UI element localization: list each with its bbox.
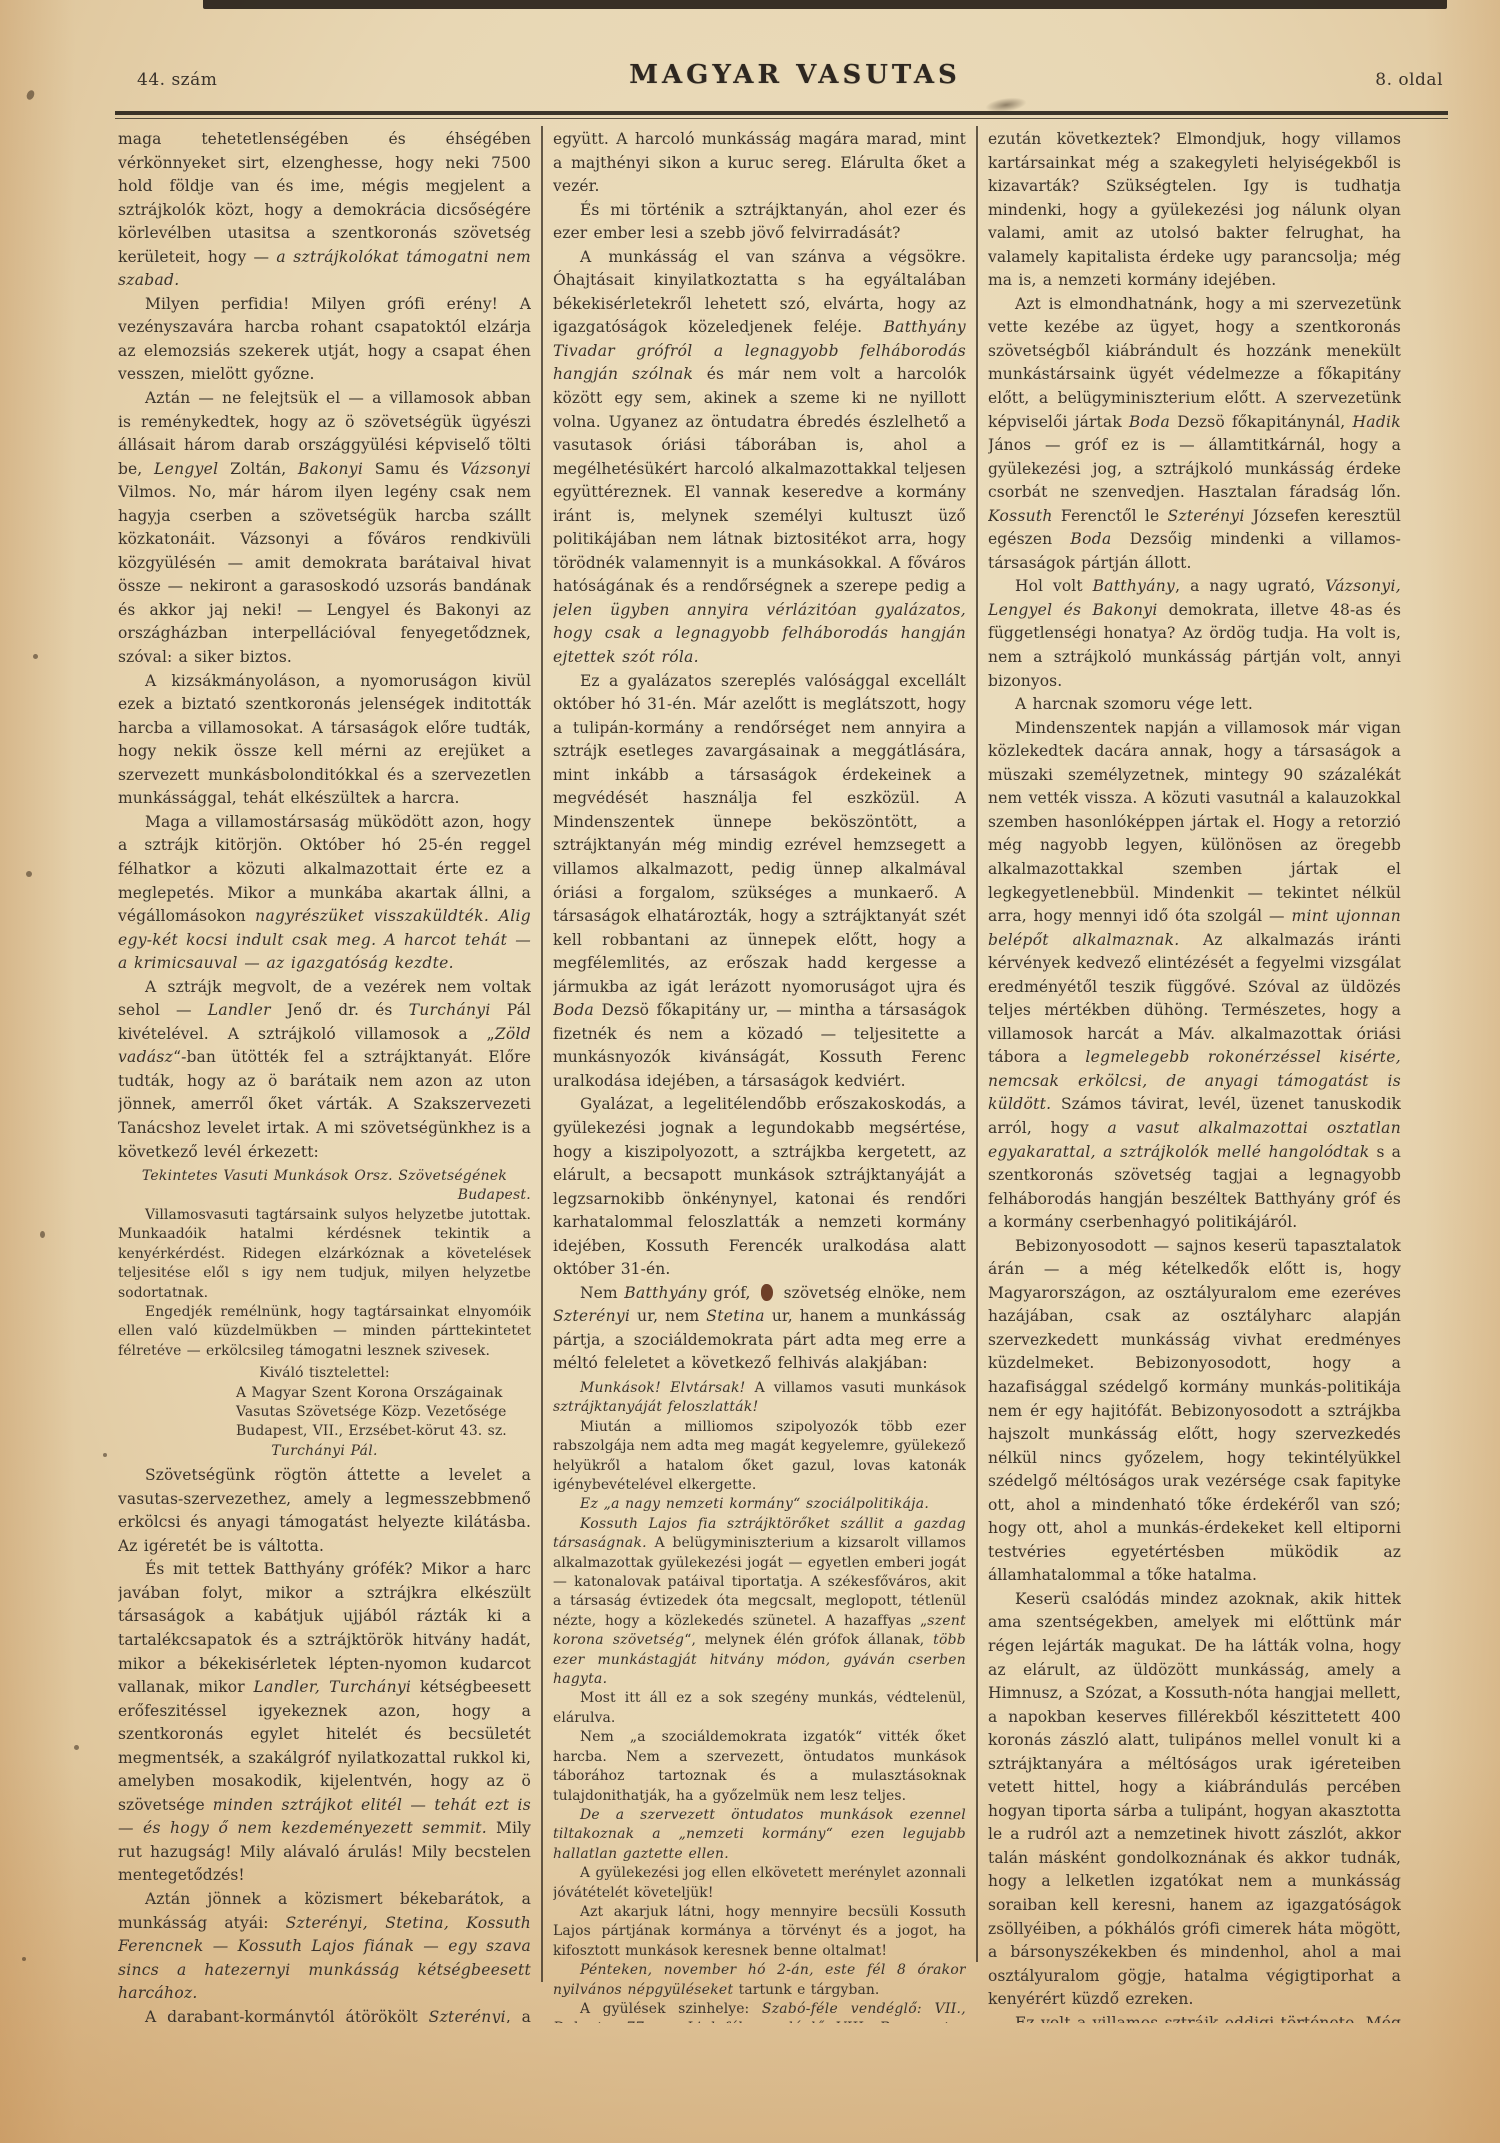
text: A harcnak szomoru vége lett. — [1015, 695, 1253, 713]
italic-text: Hadik — [1352, 413, 1401, 431]
newspaper-page: 44. szám MAGYAR VASUTAS 8. oldal maga te… — [0, 0, 1500, 2143]
newspaper-title: MAGYAR VASUTAS — [629, 60, 961, 90]
text: Zoltán, — [218, 460, 298, 478]
dust-speck — [25, 89, 36, 101]
paragraph: Mindenszentek napján a villamosok már vi… — [988, 717, 1401, 1235]
paragraph: Engedjék remélnünk, hogy tagtársainkat e… — [118, 1303, 531, 1361]
text: kétségbeesett erőfeszitéssel igyekeznek … — [118, 1678, 531, 1814]
text: Engedjék remélnünk, hogy tagtársainkat e… — [118, 1304, 531, 1359]
text: Villamosvasuti tagtársaink sulyos helyze… — [118, 1207, 531, 1301]
proclamation-paragraph: Munkások! Elvtársak! A villamos vasuti m… — [553, 1379, 966, 1418]
text: A gyülekezési jog ellen elkövetett merén… — [553, 1865, 966, 1900]
letter-sender: A Magyar Szent Korona Országainak — [118, 1384, 531, 1403]
text: János — gróf ez is — államtitkárnál, hog… — [988, 436, 1401, 501]
italic-text: Batthyány — [1093, 577, 1176, 595]
text: A Magyar Szent Korona Országainak — [236, 1385, 503, 1401]
paragraph: A darabant-kormánytól átörökölt Szterény… — [118, 2006, 531, 2023]
text: ezután következtek? Elmondjuk, hogy vill… — [988, 130, 1401, 289]
text: Szövetségünk rögtön áttette a levelet a … — [118, 1466, 531, 1555]
paragraph: Ez volt a villamos sztrájk eddigi történ… — [988, 2012, 1401, 2023]
italic-text: Ez „a nagy nemzeti kormány“ szociálpolit… — [580, 1496, 929, 1512]
letter-addressee: Tekintetes Vasuti Munkások Orsz. Szövets… — [118, 1167, 531, 1186]
proclamation-paragraph: Kossuth Lajos fia sztrájktörőket szállit… — [553, 1515, 966, 1690]
text: Miután a milliomos szipolyozók több ezer… — [553, 1419, 966, 1493]
text: szövetség elnöke, nem — [777, 1284, 966, 1302]
italic-text: Bakonyi — [298, 460, 363, 478]
dust-speck — [26, 871, 32, 877]
italic-text: Lengyel — [154, 460, 218, 478]
paragraph: ezután következtek? Elmondjuk, hogy vill… — [988, 128, 1401, 293]
letter-sender: Vasutas Szövetsége Közp. Vezetősége — [118, 1403, 531, 1422]
paragraph: Aztán — ne felejtsük el — a villamosok a… — [118, 387, 531, 670]
header-rule-thin — [115, 118, 1448, 119]
paragraph: Milyen perfidia! Milyen grófi erény! A v… — [118, 293, 531, 387]
text: tartunk e tárgyban. — [733, 1982, 879, 1998]
paragraph: Nem Batthyány gróf, szövetség elnöke, ne… — [553, 1282, 966, 1376]
text: és már nem volt a harcolók között egy se… — [553, 365, 966, 595]
paragraph: Kiváló tisztelettel: — [118, 1364, 531, 1383]
text: Ez volt a villamos sztrájk eddigi történ… — [988, 2014, 1401, 2023]
paragraph: A kizsákmányoláson, a nyomoruságon kivül… — [118, 670, 531, 811]
italic-text: Boda — [553, 1001, 594, 1019]
header-rule — [115, 111, 1448, 115]
text: gróf, — [707, 1284, 757, 1302]
text: Vilmos. No, már három ilyen legény csak … — [118, 483, 531, 666]
paragraph: Azt is elmondhatnánk, hogy a mi szerveze… — [988, 293, 1401, 576]
text: Azt akarjuk látni, hogy mennyire becsüli… — [553, 1904, 966, 1959]
scan-artifact-top-bar — [203, 0, 1447, 9]
proclamation-paragraph: Pénteken, november hó 2-án, este fél 8 ó… — [553, 1961, 966, 2000]
text: Kiváló tisztelettel: — [259, 1365, 389, 1381]
text: Bebizonyosodott — sajnos keserü tapaszta… — [988, 1237, 1401, 1585]
paragraph: Gyalázat, a legelitélendőbb erőszakoskod… — [553, 1093, 966, 1281]
letter-sender: Budapest, VII., Erzsébet-körut 43. sz. — [118, 1422, 531, 1441]
italic-text: Turchányi Pál. — [271, 1443, 377, 1459]
proclamation-paragraph: Miután a milliomos szipolyozók több ezer… — [553, 1418, 966, 1496]
paragraph: Keserü csalódás mindez azoknak, akik hit… — [988, 1588, 1401, 2012]
italic-text: Turchányi — [409, 1001, 491, 1019]
text: Mindenszentek napján a villamosok már vi… — [988, 719, 1401, 925]
text: Budapest, VII., Erzsébet-körut 43. sz. — [236, 1423, 507, 1439]
text: Milyen perfidia! Milyen grófi erény! A v… — [118, 295, 531, 384]
dust-speck — [74, 1745, 79, 1750]
paragraph: maga tehetetlenségében és éhségében vérk… — [118, 128, 531, 293]
proclamation-paragraph: A gyülések szinhelye: Szabó-féle vendégl… — [553, 2000, 966, 2023]
text: Most itt áll ez a sok szegény munkás, vé… — [553, 1690, 966, 1725]
italic-text: Boda — [1129, 413, 1170, 431]
dust-speck — [22, 1957, 26, 1961]
text: Az alkalmazás iránti kérvények kedvező e… — [988, 931, 1401, 1067]
letter-signature: Turchányi Pál. — [118, 1442, 531, 1461]
paragraph: A sztrájk megvolt, de a vezérek nem volt… — [118, 976, 531, 1164]
text: És mi történik a sztrájktanyán, ahol eze… — [553, 201, 966, 243]
text: Jenő dr. és — [271, 1001, 409, 1019]
text: Dezsö főkapitány ur, — mintha a társaság… — [553, 1001, 966, 1090]
italic-text: jelen ügyben annyira vérlázitóan gyaláza… — [553, 601, 966, 666]
text: , a nagy ugrató, — [1175, 577, 1325, 595]
text: “-ban ütötték fel a sztrájktanyát. Előre… — [118, 1048, 531, 1160]
paragraph: És mi történik a sztrájktanyán, ahol eze… — [553, 199, 966, 246]
proclamation-paragraph: Nem „a szociáldemokrata izgatók“ vitték … — [553, 1728, 966, 1806]
column-1: maga tehetetlenségében és éhségében vérk… — [118, 128, 531, 2023]
text: Vasutas Szövetsége Közp. Vezetősége — [236, 1404, 506, 1420]
proclamation-paragraph: De a szervezett öntudatos munkások ezenn… — [553, 1806, 966, 1864]
dust-speck — [103, 1453, 107, 1457]
paragraph: Aztán jönnek a közismert békebarátok, a … — [118, 1888, 531, 2006]
text: együtt. A harcoló munkásság magára marad… — [553, 130, 966, 195]
text: Dezsö főkapitánynál, — [1170, 413, 1352, 431]
proclamation-paragraph: A gyülekezési jog ellen elkövetett merén… — [553, 1864, 966, 1903]
text: Nem — [580, 1284, 624, 1302]
text: Ez a gyalázatos szereplés valósággal exc… — [553, 672, 966, 996]
paragraph: Villamosvasuti tagtársaink sulyos helyze… — [118, 1206, 531, 1303]
dust-speck — [33, 654, 38, 659]
italic-text: De a szervezett öntudatos munkások ezenn… — [553, 1807, 966, 1862]
page-number: 8. oldal — [1375, 70, 1443, 90]
issue-number: 44. szám — [137, 70, 217, 90]
italic-text: Szterényi — [553, 1307, 630, 1325]
paragraph: A harcnak szomoru vége lett. — [988, 693, 1401, 717]
paragraph: Ez a gyalázatos szereplés valósággal exc… — [553, 670, 966, 1094]
italic-text: Boda — [1070, 530, 1111, 548]
italic-text: Stetina — [706, 1307, 765, 1325]
paragraph: együtt. A harcoló munkásság magára marad… — [553, 128, 966, 199]
text: A darabant-kormánytól átörökölt — [145, 2008, 429, 2023]
italic-text: Szterényi — [429, 2008, 506, 2023]
ink-blot-artifact — [761, 1284, 773, 1301]
proclamation-paragraph: Ez „a nagy nemzeti kormány“ szociálpolit… — [553, 1495, 966, 1514]
column-3: ezután következtek? Elmondjuk, hogy vill… — [988, 128, 1401, 2023]
proclamation-paragraph: Azt akarjuk látni, hogy mennyire becsüli… — [553, 1903, 966, 1961]
italic-text: Munkások! Elvtársak! — [580, 1380, 746, 1396]
text: A villamos vasuti munkások — [746, 1380, 966, 1396]
text: ur, nem — [630, 1307, 706, 1325]
proclamation-paragraph: Most itt áll ez a sok szegény munkás, vé… — [553, 1689, 966, 1728]
text: Gyalázat, a legelitélendőbb erőszakoskod… — [553, 1095, 966, 1278]
paragraph: Hol volt Batthyány, a nagy ugrató, Vázso… — [988, 575, 1401, 693]
column-2: együtt. A harcoló munkásság magára marad… — [553, 128, 966, 2023]
letter-city: Budapest. — [118, 1186, 531, 1205]
italic-text: Szterényi — [1167, 507, 1244, 525]
text: Azt is elmondhatnánk, hogy a mi szerveze… — [988, 295, 1401, 431]
paragraph: Szövetségünk rögtön áttette a levelet a … — [118, 1464, 531, 1558]
italic-text: Landler, Turchányi — [254, 1678, 412, 1696]
paragraph: A munkásság el van szánva a végsökre. Óh… — [553, 246, 966, 670]
text: “, melynek élén grófok állanak, — [684, 1632, 933, 1648]
paragraph: Bebizonyosodott — sajnos keserü tapaszta… — [988, 1235, 1401, 1588]
text: Keserü csalódás mindez azoknak, akik hit… — [988, 1590, 1401, 2008]
text: maga tehetetlenségében és éhségében vérk… — [118, 130, 531, 266]
italic-text: Vázsonyi — [460, 460, 531, 478]
italic-text: Budapest. — [458, 1187, 531, 1203]
text: Samu és — [363, 460, 460, 478]
text: A gyülések szinhelye: — [580, 2001, 762, 2017]
text: És mit tettek Batthyány grófék? Mikor a … — [118, 1560, 531, 1696]
column-divider-left — [541, 126, 543, 1982]
text: Hol volt — [1015, 577, 1093, 595]
paragraph: És mit tettek Batthyány grófék? Mikor a … — [118, 1558, 531, 1888]
italic-text: Landler — [208, 1001, 271, 1019]
dust-speck — [40, 1231, 45, 1238]
italic-text: sztrájktanyáját feloszlatták! — [553, 1399, 758, 1415]
text: A kizsákmányoláson, a nyomoruságon kivül… — [118, 672, 531, 808]
italic-text: Batthyány — [624, 1284, 707, 1302]
italic-text: Tekintetes Vasuti Munkások Orsz. Szövets… — [142, 1168, 507, 1184]
paragraph: Maga a villamostársaság müködött azon, h… — [118, 811, 531, 976]
text: Nem „a szociáldemokrata izgatók“ vitték … — [553, 1729, 966, 1803]
column-divider-right — [976, 126, 978, 1962]
italic-text: Kossuth — [988, 507, 1053, 525]
text: Ferenctől le — [1053, 507, 1168, 525]
